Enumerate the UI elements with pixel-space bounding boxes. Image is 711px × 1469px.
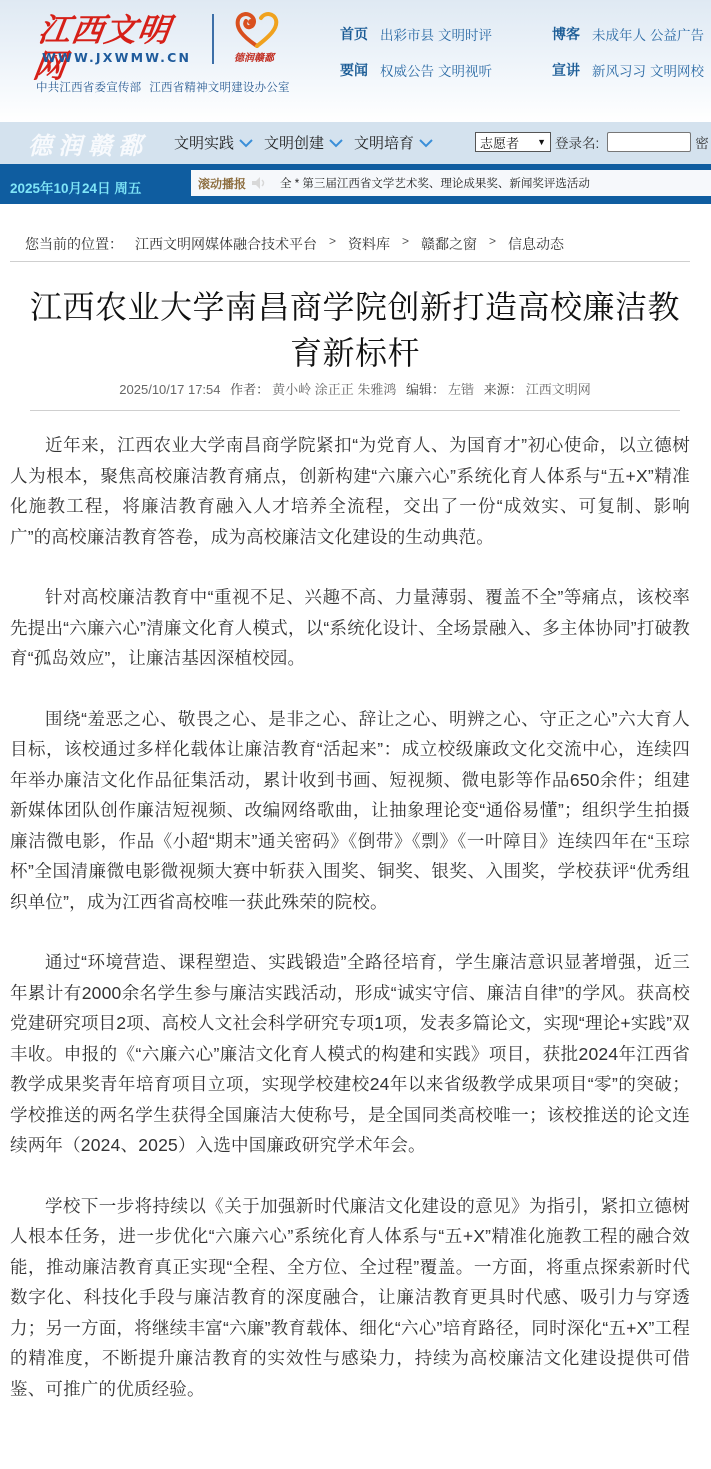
- username-label: 登录名:: [555, 132, 599, 152]
- topnav-link-news[interactable]: 要闻: [340, 60, 368, 80]
- chevron-down-icon: [418, 137, 434, 149]
- topnav-link-home[interactable]: 首页: [340, 24, 368, 44]
- article-datetime: 2025/10/17 17:54: [119, 382, 220, 397]
- article-paragraph: 针对高校廉洁教育中“重视不足、兴趣不高、力量薄弱、覆盖不全”等痛点，该校率先提出…: [10, 582, 690, 674]
- organization-line: 中共江西省委宣传部江西省精神文明建设办公室: [36, 79, 290, 95]
- logo-text: 江西文明网: [31, 12, 201, 84]
- role-select-value: 志愿者: [480, 133, 519, 152]
- topnav-link[interactable]: 新风习习: [592, 60, 646, 80]
- org-name: 中共江西省委宣传部: [36, 82, 141, 94]
- article-editor: 左锴: [448, 382, 474, 397]
- breadcrumb-link[interactable]: 江西文明网媒体融合技术平台: [135, 234, 317, 254]
- role-select[interactable]: 志愿者 ▼: [475, 132, 551, 152]
- password-label: 密: [695, 132, 709, 152]
- navbar-menu: 文明实践 文明创建 文明培育: [174, 132, 444, 153]
- topnav-link-blog[interactable]: 博客: [552, 24, 580, 44]
- article-paragraph: 学校下一步将持续以《关于加强新时代廉洁文化建设的意见》为指引，紧扣立德树人根本任…: [10, 1191, 690, 1405]
- article-paragraph: 近年来，江西农业大学南昌商学院紧扣“为党育人、为国育才”初心使命，以立德树人为根…: [10, 430, 690, 552]
- topnav-link[interactable]: 权威公告: [380, 60, 434, 80]
- breadcrumb: 您当前的位置： 江西文明网媒体融合技术平台 > 资料库 > 赣鄱之窗 > 信息动…: [10, 222, 690, 262]
- article-paragraph: 围绕“羞恶之心、敬畏之心、是非之心、辞让之心、明辨之心、守正之心”六大育人目标，…: [10, 704, 690, 918]
- article-author: 黄小岭 涂正正 朱雅鸿: [272, 382, 396, 397]
- author-label: 作者：: [230, 382, 269, 397]
- topnav-group: 博客 未成年人 公益广告: [552, 24, 708, 44]
- editor-label: 编辑：: [406, 382, 445, 397]
- chevron-down-icon: [328, 137, 344, 149]
- chevron-down-icon: ▼: [537, 137, 546, 147]
- topnav-link[interactable]: 公益广告: [650, 24, 704, 44]
- nav-menu-label: 文明创建: [264, 132, 324, 153]
- topnav-link[interactable]: 文明视听: [438, 60, 492, 80]
- topnav-link[interactable]: 未成年人: [592, 24, 646, 44]
- topnav-link[interactable]: 文明时评: [438, 24, 492, 44]
- speaker-icon: [250, 176, 268, 190]
- ticker-text[interactable]: 全 * 第三届江西省文学艺术奖、理论成果奖、新闻奖评选活动: [280, 175, 590, 191]
- site-header: 江西文明网 WWW.JXWMW.CN 德润赣鄱 中共江西省委宣传部江西省精神文明…: [0, 0, 711, 122]
- current-date: 2025年10月24日 周五: [10, 177, 141, 197]
- news-ticker: 滚动播报 全 * 第三届江西省文学艺术奖、理论成果奖、新闻奖评选活动: [191, 170, 711, 196]
- breadcrumb-prefix: 您当前的位置：: [25, 234, 123, 254]
- username-input[interactable]: [607, 132, 691, 152]
- chevron-down-icon: [238, 137, 254, 149]
- source-label: 来源：: [484, 382, 523, 397]
- breadcrumb-separator: >: [329, 234, 336, 248]
- breadcrumb-separator: >: [402, 234, 409, 248]
- nav-menu-label: 文明培育: [354, 132, 414, 153]
- heart-logo-icon: [232, 10, 282, 48]
- breadcrumb-link[interactable]: 赣鄱之窗: [421, 234, 477, 254]
- article-meta: 2025/10/17 17:54 作者：黄小岭 涂正正 朱雅鸿 编辑：左锴 来源…: [30, 379, 680, 411]
- breadcrumb-link[interactable]: 信息动态: [508, 234, 564, 254]
- article-title: 江西农业大学南昌商学院创新打造高校廉洁教育新标杆: [20, 284, 690, 376]
- site-logo[interactable]: 江西文明网: [36, 12, 196, 52]
- topnav-link-lecture[interactable]: 宣讲: [552, 60, 580, 80]
- topnav-link[interactable]: 出彩市县: [380, 24, 434, 44]
- topnav-group: 宣讲 新风习习 文明网校: [552, 60, 708, 80]
- org-name: 江西省精神文明建设办公室: [149, 82, 289, 94]
- topnav-link[interactable]: 文明网校: [650, 60, 704, 80]
- topnav-group: 首页 出彩市县 文明时评: [340, 24, 496, 44]
- navbar-brand: 德润赣鄱: [28, 126, 148, 161]
- nav-menu-item[interactable]: 文明培育: [354, 132, 434, 153]
- breadcrumb-separator: >: [489, 234, 496, 248]
- article-source: 江西文明网: [526, 382, 591, 397]
- ticker-label: 滚动播报: [198, 175, 246, 192]
- logo-heart-caption: 德润赣鄱: [234, 49, 274, 64]
- nav-menu-item[interactable]: 文明创建: [264, 132, 344, 153]
- nav-menu-item[interactable]: 文明实践: [174, 132, 254, 153]
- article-body: 近年来，江西农业大学南昌商学院紧扣“为党育人、为国育才”初心使命，以立德树人为根…: [10, 430, 690, 1434]
- top-navigation: 首页 出彩市县 文明时评 博客 未成年人 公益广告 要闻 权威公告 文明视听 宣…: [340, 22, 496, 94]
- article-paragraph: 通过“环境营造、课程塑造、实践锻造”全路径培育，学生廉洁意识显著增强，近三年累计…: [10, 947, 690, 1161]
- topnav-row: 要闻 权威公告 文明视听 宣讲 新风习习 文明网校: [340, 58, 496, 82]
- topnav-row: 首页 出彩市县 文明时评 博客 未成年人 公益广告: [340, 22, 496, 46]
- login-form: 志愿者 ▼ 登录名: 密: [475, 132, 709, 152]
- topnav-group: 要闻 权威公告 文明视听: [340, 60, 496, 80]
- main-navbar: 德润赣鄱 文明实践 文明创建 文明培育 志愿者 ▼ 登录名: 密: [0, 122, 711, 164]
- date-bar: 2025年10月24日 周五 滚动播报 全 * 第三届江西省文学艺术奖、理论成果…: [0, 164, 711, 204]
- logo-url: WWW.JXWMW.CN: [42, 50, 191, 65]
- breadcrumb-link[interactable]: 资料库: [348, 234, 390, 254]
- nav-menu-label: 文明实践: [174, 132, 234, 153]
- logo-divider: [212, 14, 214, 64]
